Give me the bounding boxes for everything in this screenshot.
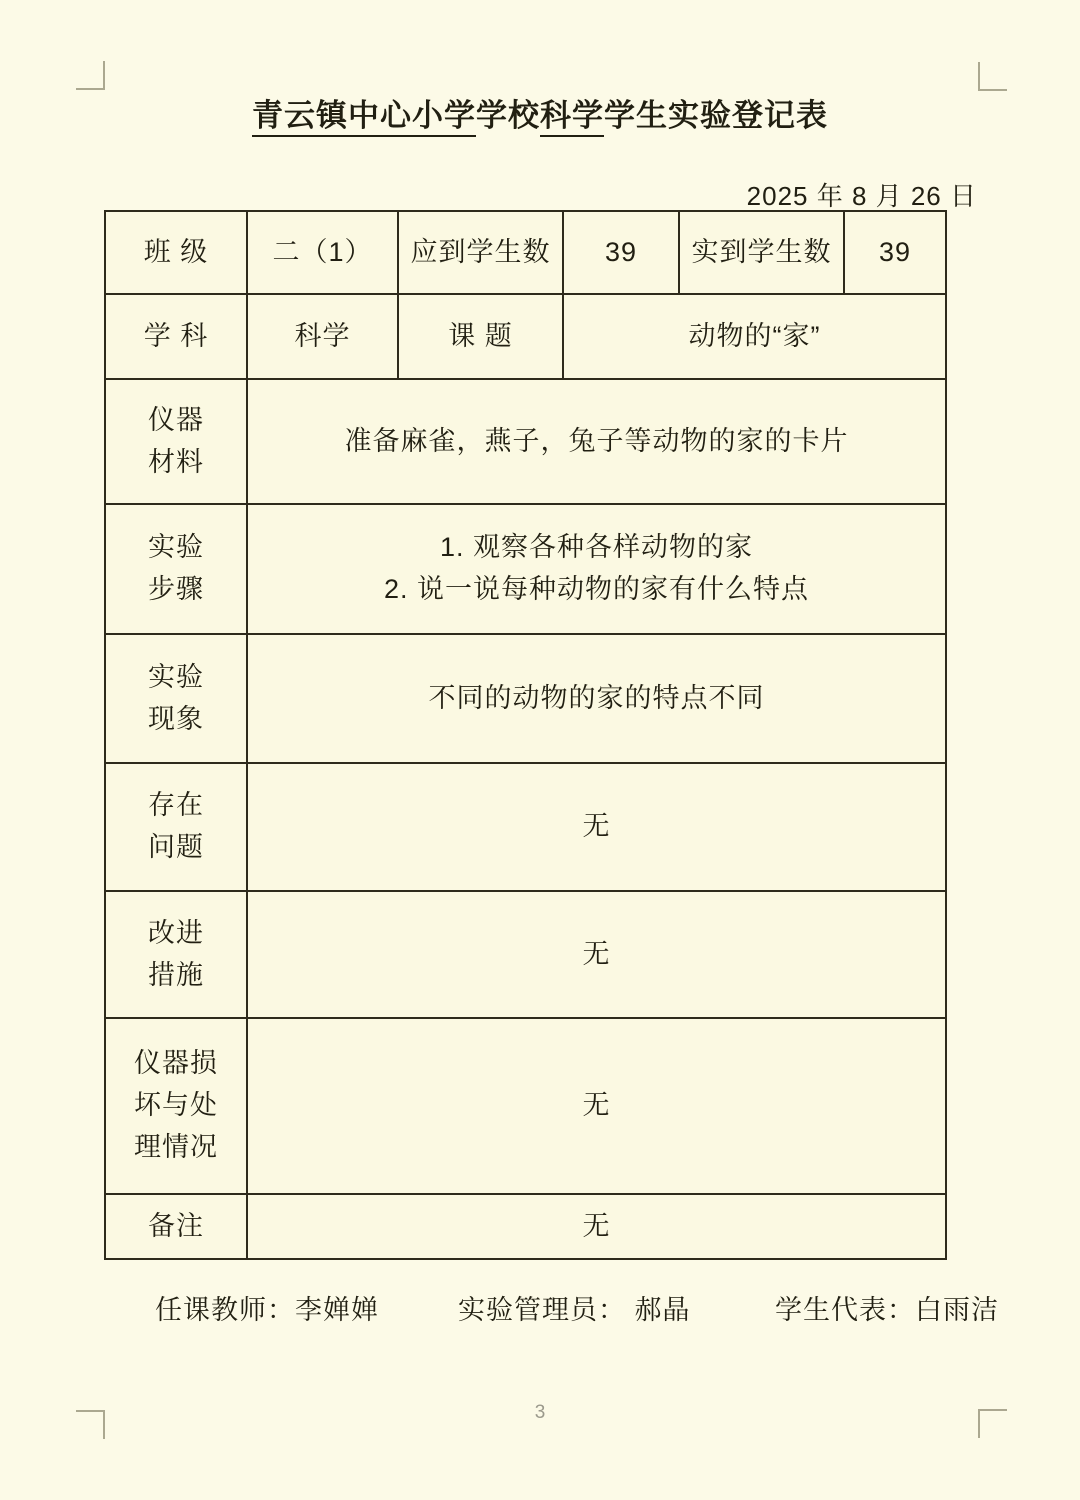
table-row: 仪器损 坏与处 理情况 无 bbox=[105, 1018, 946, 1194]
phenomenon-value-cell: 不同的动物的家的特点不同 bbox=[247, 634, 946, 763]
step-item: 1. 观察各种各样动物的家 bbox=[248, 527, 945, 569]
materials-label-cell: 仪器 材料 bbox=[105, 379, 247, 504]
steps-label-cell: 实验 步骤 bbox=[105, 504, 247, 634]
phenomenon-label-line: 实验 bbox=[106, 657, 246, 699]
damage-label-cell: 仪器损 坏与处 理情况 bbox=[105, 1018, 247, 1194]
subject-label-cell: 学 科 bbox=[105, 294, 247, 379]
steps-value-cell: 1. 观察各种各样动物的家 2. 说一说每种动物的家有什么特点 bbox=[247, 504, 946, 634]
title-form-name: 学生实验登记表 bbox=[604, 98, 828, 133]
steps-label-line: 实验 bbox=[106, 527, 246, 569]
page-title: 青云镇中心小学学校科学学生实验登记表 bbox=[0, 90, 1080, 135]
table-row: 仪器 材料 准备麻雀，燕子，兔子等动物的家的卡片 bbox=[105, 379, 946, 504]
damage-label-line: 理情况 bbox=[106, 1127, 246, 1169]
problems-label-cell: 存在 问题 bbox=[105, 763, 247, 891]
damage-label-line: 仪器损 bbox=[106, 1043, 246, 1085]
class-label-cell: 班 级 bbox=[105, 211, 247, 294]
table-row: 备注 无 bbox=[105, 1194, 946, 1259]
materials-value-cell: 准备麻雀，燕子，兔子等动物的家的卡片 bbox=[247, 379, 946, 504]
crop-mark-top-right-icon bbox=[978, 62, 1007, 91]
student-representative-signature: 学生代表：白雨洁 bbox=[775, 1288, 999, 1327]
topic-value-cell: 动物的“家” bbox=[563, 294, 946, 379]
crop-mark-top-left-icon bbox=[76, 61, 105, 90]
phenomenon-label-line: 现象 bbox=[106, 699, 246, 741]
expected-students-label-cell: 应到学生数 bbox=[398, 211, 563, 294]
table-row: 学 科 科学 课 题 动物的“家” bbox=[105, 294, 946, 379]
remarks-value-cell: 无 bbox=[247, 1194, 946, 1259]
materials-label-line: 材料 bbox=[106, 442, 246, 484]
damage-label-line: 坏与处 bbox=[106, 1085, 246, 1127]
expected-students-value-cell: 39 bbox=[563, 211, 679, 294]
lab-manager-signature: 实验管理员： 郝晶 bbox=[458, 1288, 691, 1327]
problems-label-line: 问题 bbox=[106, 827, 246, 869]
teacher-signature: 任课教师：李婵婵 bbox=[155, 1288, 379, 1327]
problems-value-cell: 无 bbox=[247, 763, 946, 891]
subject-value-cell: 科学 bbox=[247, 294, 398, 379]
experiment-registration-table: 班 级 二（1） 应到学生数 39 实到学生数 39 学 科 科学 课 题 动物… bbox=[104, 210, 947, 1260]
class-value-cell: 二（1） bbox=[247, 211, 398, 294]
form-date: 2025 年 8 月 26 日 bbox=[747, 176, 977, 213]
improvements-label-line: 措施 bbox=[106, 955, 246, 997]
actual-students-value-cell: 39 bbox=[844, 211, 946, 294]
materials-label-line: 仪器 bbox=[106, 400, 246, 442]
improvements-label-line: 改进 bbox=[106, 913, 246, 955]
document-page: 青云镇中心小学学校科学学生实验登记表 2025 年 8 月 26 日 班 级 二… bbox=[0, 0, 1080, 1500]
improvements-value-cell: 无 bbox=[247, 891, 946, 1018]
table-row: 班 级 二（1） 应到学生数 39 实到学生数 39 bbox=[105, 211, 946, 294]
table-row: 实验 步骤 1. 观察各种各样动物的家 2. 说一说每种动物的家有什么特点 bbox=[105, 504, 946, 634]
table-row: 实验 现象 不同的动物的家的特点不同 bbox=[105, 634, 946, 763]
table-row: 改进 措施 无 bbox=[105, 891, 946, 1018]
title-school-suffix: 学校 bbox=[476, 98, 540, 133]
title-subject: 科学 bbox=[540, 98, 604, 137]
step-item: 2. 说一说每种动物的家有什么特点 bbox=[248, 569, 945, 611]
improvements-label-cell: 改进 措施 bbox=[105, 891, 247, 1018]
phenomenon-label-cell: 实验 现象 bbox=[105, 634, 247, 763]
topic-label-cell: 课 题 bbox=[398, 294, 563, 379]
problems-label-line: 存在 bbox=[106, 785, 246, 827]
title-school-name: 青云镇中心小学 bbox=[252, 98, 476, 137]
actual-students-label-cell: 实到学生数 bbox=[679, 211, 844, 294]
steps-label-line: 步骤 bbox=[106, 569, 246, 611]
page-number: 3 bbox=[0, 1402, 1080, 1424]
remarks-label-cell: 备注 bbox=[105, 1194, 247, 1259]
damage-value-cell: 无 bbox=[247, 1018, 946, 1194]
table-row: 存在 问题 无 bbox=[105, 763, 946, 891]
